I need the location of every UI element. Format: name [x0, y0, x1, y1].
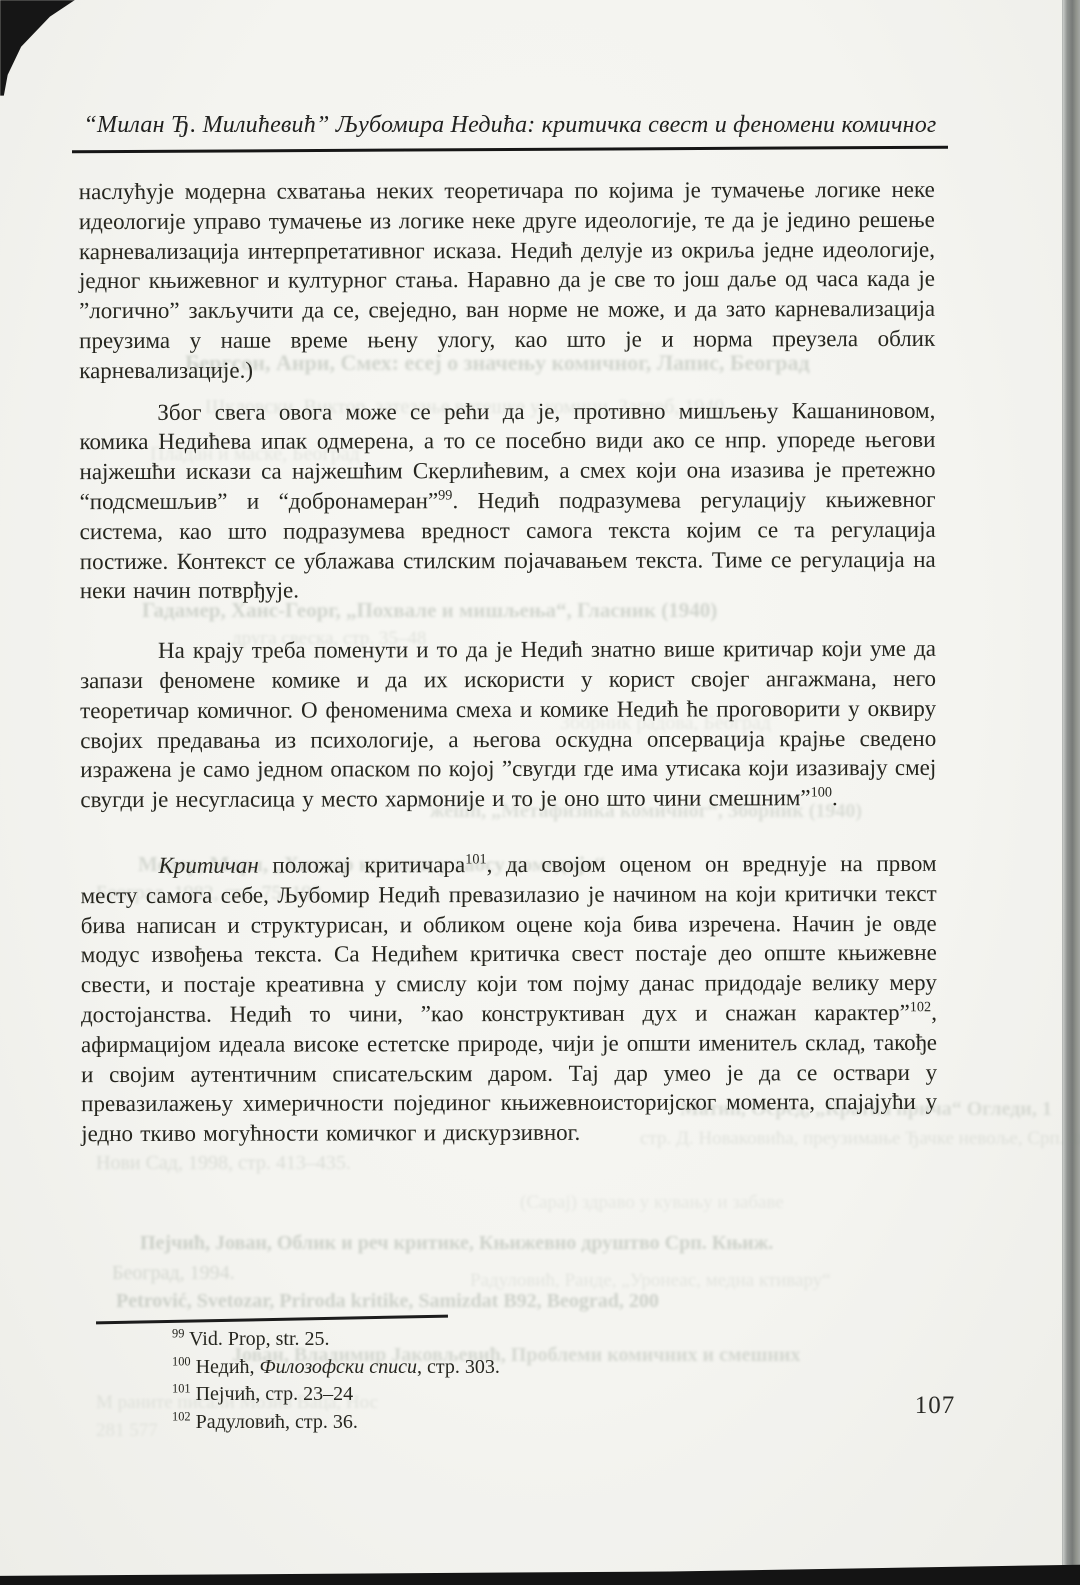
footnote: 102 Радуловић, стр. 36. — [98, 1409, 798, 1437]
footnote-reference: 99 — [438, 487, 452, 503]
text-segment: Vid. Prop, str. 25. — [184, 1328, 329, 1350]
bleedthrough-text: Petrović, Svetozar, Priroda kritike, Sam… — [116, 1290, 659, 1313]
footnote-number: 102 — [172, 1409, 191, 1423]
bleedthrough-text: Београд, 1994. — [112, 1262, 235, 1285]
text-segment: Филозофски списи — [260, 1356, 418, 1378]
footnote: 101 Пејчић, стр. 23–24 — [98, 1381, 798, 1409]
text-segment: Пејчић, стр. 23–24 — [191, 1383, 354, 1405]
bleedthrough-text: Нови Сад, 1998, стр. 413–435. — [96, 1152, 351, 1175]
bleedthrough-text: Радуловић, Ранде, „Уронеас, медна ктивар… — [470, 1270, 831, 1292]
footnote: 99 Vid. Prop, str. 25. — [98, 1326, 798, 1354]
text-segment: Радуловић, стр. 36. — [191, 1411, 358, 1433]
text-segment: . — [832, 785, 838, 810]
scan-corner-artifact — [0, 0, 96, 104]
text-segment: наслућује модерна схватања неких теорети… — [79, 177, 935, 383]
text-segment: На крају треба поменути и то да је Недић… — [80, 636, 936, 812]
footnote-reference: 100 — [811, 785, 832, 801]
footnote: 100 Недић, Филозофски списи, стр. 303. — [98, 1354, 798, 1382]
scanned-page: Бергсон, Анри, Смех: есеј о значењу коми… — [0, 0, 1080, 1585]
body-text-column: наслућује модерна схватања неких теорети… — [79, 175, 938, 1149]
text-segment: Критичан — [158, 853, 258, 878]
paragraph: Критичан положај критичара101, да својом… — [80, 849, 937, 1149]
header-rule — [72, 146, 948, 154]
text-segment: Недић, — [191, 1356, 260, 1378]
footnotes-block: 99 Vid. Prop, str. 25.100 Недић, Филозоф… — [98, 1326, 798, 1436]
running-head-title: “Милан Ђ. Милићевић” Љубомира Недића: кр… — [78, 112, 942, 139]
scan-edge-bottom — [0, 1559, 1080, 1585]
footnote-reference: 101 — [465, 851, 486, 867]
page-number: 107 — [900, 1392, 970, 1420]
scan-edge-right — [1062, 0, 1080, 1585]
footnote-reference: 102 — [910, 999, 931, 1015]
footnote-separator-rule — [96, 1315, 448, 1325]
paragraph: На крају треба поменути и то да је Недић… — [80, 634, 936, 815]
text-segment: положај критичара — [259, 852, 465, 878]
footnote-number: 99 — [172, 1326, 184, 1340]
bleedthrough-text: Пејчић, Јован, Облик и реч критике, Књиж… — [140, 1232, 773, 1255]
paragraph: наслућује модерна схватања неких теорети… — [79, 175, 936, 386]
footnote-number: 100 — [172, 1354, 191, 1368]
text-segment: , стр. 303. — [417, 1356, 500, 1378]
paragraph: Због свега овога може се рећи да је, про… — [79, 395, 936, 606]
footnote-number: 101 — [172, 1381, 191, 1395]
bleedthrough-text: (Сарај) здраво у кувању и забаве — [520, 1192, 784, 1214]
